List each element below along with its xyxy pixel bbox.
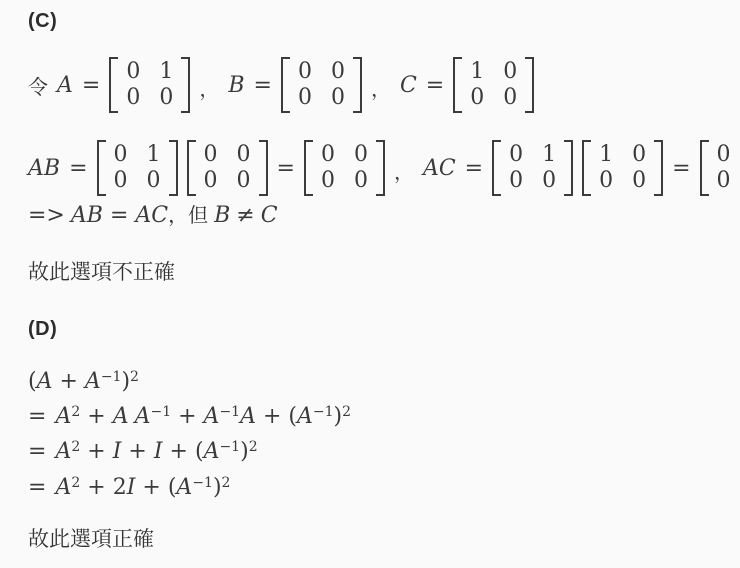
left-paren: ( — [288, 404, 297, 429]
exponent-2: 2 — [71, 404, 80, 420]
var-A: A — [55, 404, 71, 429]
var-A: A — [297, 404, 313, 429]
definition-line: 令A=0100，B=0000，C=1000 — [28, 56, 534, 114]
var-C: C — [400, 73, 417, 98]
expansion-line-3: =A2+I+I+(A−1)2 — [28, 437, 258, 467]
matrix-cell: 0 — [237, 168, 251, 194]
var-A: A — [135, 404, 151, 429]
equals-sign: = — [426, 73, 444, 98]
let-word: 令 — [28, 71, 48, 100]
plus-sign: + — [87, 404, 105, 429]
matrix-cell: 0 — [204, 168, 218, 194]
matrix-cell: 0 — [599, 168, 613, 194]
var-A: A — [55, 475, 71, 500]
var-I: I — [154, 439, 163, 464]
matrix-cell: 0 — [632, 168, 646, 194]
exponent-minus1: −1 — [101, 369, 122, 385]
bracket-left-icon — [492, 140, 501, 196]
plus-sign: + — [178, 404, 196, 429]
matrix-cell: 0 — [503, 59, 517, 85]
products-line: AB=01000000=0000，AC=01001000=0000 — [28, 139, 740, 197]
left-paren: ( — [28, 369, 37, 394]
matrix-B: 0000 — [281, 57, 362, 113]
bracket-left-icon — [700, 140, 709, 196]
var-A: A — [204, 404, 220, 429]
plus-sign: + — [263, 404, 281, 429]
plus-sign: + — [59, 369, 77, 394]
plus-sign: + — [128, 439, 146, 464]
matrix-cell: 0 — [509, 142, 523, 168]
expansion-line-2: =A2+AA−1+A−1A+(A−1)2 — [28, 402, 351, 432]
exponent-minus1: −1 — [219, 439, 240, 455]
matrix-cell: 0 — [503, 85, 517, 111]
equals-sign: = — [28, 439, 46, 464]
section-c-heading: (C) — [28, 8, 57, 34]
bracket-left-icon — [187, 140, 196, 196]
var-A: A — [176, 475, 192, 500]
coefficient-2: 2 — [113, 475, 127, 500]
bracket-right-icon — [181, 57, 190, 113]
right-paren: ) — [213, 475, 222, 500]
bracket-right-icon — [654, 140, 663, 196]
left-paren: ( — [195, 439, 204, 464]
comma-but-word: ，但 — [168, 205, 208, 227]
matrix-cell: 0 — [331, 85, 345, 111]
equals-sign: = — [28, 404, 46, 429]
bracket-right-icon — [376, 140, 385, 196]
bracket-left-icon — [453, 57, 462, 113]
equals-sign: = — [28, 475, 46, 500]
matrix-C: 1000 — [453, 57, 534, 113]
var-I: I — [113, 439, 122, 464]
plus-sign: + — [142, 475, 160, 500]
var-A: A — [37, 369, 53, 394]
equals-sign: = — [69, 156, 87, 181]
equals-sign: = — [277, 156, 295, 181]
var-I: I — [127, 475, 136, 500]
var-A: A — [240, 404, 256, 429]
bracket-left-icon — [304, 140, 313, 196]
exponent-2: 2 — [130, 369, 139, 385]
exponent-2: 2 — [249, 439, 258, 455]
right-paren: ) — [334, 404, 343, 429]
equals-sign: = — [465, 156, 483, 181]
matrix-cell: 1 — [470, 59, 484, 85]
var-B: B — [228, 73, 244, 98]
var-AB: AB — [28, 156, 60, 181]
conclusion-c: 故此選項不正確 — [28, 259, 175, 287]
matrix-cell: 0 — [321, 142, 335, 168]
matrix-cell: 0 — [126, 59, 140, 85]
expansion-line-4: =A2+2I+(A−1)2 — [28, 473, 230, 503]
bracket-left-icon — [281, 57, 290, 113]
equals-sign: = — [82, 73, 100, 98]
section-d-heading: (D) — [28, 316, 57, 342]
plus-sign: + — [87, 439, 105, 464]
matrix-cell: 0 — [542, 168, 556, 194]
matrix-cell: 0 — [298, 59, 312, 85]
bracket-left-icon — [109, 57, 118, 113]
matrix-cell: 0 — [717, 168, 731, 194]
exponent-2: 2 — [71, 475, 80, 491]
not-equal-sign: ≠ — [236, 203, 254, 228]
bracket-left-icon — [97, 140, 106, 196]
matrix-cell: 1 — [542, 142, 556, 168]
matrix-cell: 0 — [470, 85, 484, 111]
exponent-minus1: −1 — [192, 475, 213, 491]
var-A: A — [113, 404, 129, 429]
var-A: A — [57, 73, 73, 98]
bracket-right-icon — [259, 140, 268, 196]
matrix-A: 0100 — [109, 57, 190, 113]
conclusion-d: 故此選項正確 — [28, 526, 154, 554]
var-A: A — [55, 439, 71, 464]
implication-line: =>AB=AC，但B≠C — [28, 201, 278, 231]
var-A: A — [204, 439, 220, 464]
equals-sign: = — [110, 203, 128, 228]
plus-sign: + — [87, 475, 105, 500]
matrix-cell: 1 — [599, 142, 613, 168]
equals-sign: = — [672, 156, 690, 181]
matrix-cell: 0 — [354, 142, 368, 168]
matrix-cell: 0 — [126, 85, 140, 111]
var-B: B — [214, 203, 230, 228]
matrix-ac-factor1: 0100 — [492, 140, 573, 196]
exponent-minus1: −1 — [219, 404, 240, 420]
right-paren: ) — [121, 369, 130, 394]
bracket-right-icon — [564, 140, 573, 196]
bracket-left-icon — [582, 140, 591, 196]
matrix-ac-result: 0000 — [700, 140, 740, 196]
exponent-2: 2 — [71, 439, 80, 455]
exponent-minus1: −1 — [150, 404, 171, 420]
matrix-cell: 0 — [632, 142, 646, 168]
matrix-cell: 0 — [321, 168, 335, 194]
right-paren: ) — [240, 439, 249, 464]
bracket-right-icon — [353, 57, 362, 113]
matrix-cell: 0 — [717, 142, 731, 168]
matrix-ac-factor2: 1000 — [582, 140, 663, 196]
matrix-cell: 0 — [114, 168, 128, 194]
exponent-2: 2 — [342, 404, 351, 420]
matrix-cell: 1 — [147, 142, 161, 168]
matrix-cell: 0 — [159, 85, 173, 111]
exponent-minus1: −1 — [313, 404, 334, 420]
matrix-cell: 0 — [509, 168, 523, 194]
equals-sign: = — [254, 73, 272, 98]
comma: ， — [371, 73, 391, 102]
matrix-cell: 0 — [331, 59, 345, 85]
implies-arrow: => — [28, 203, 65, 228]
expansion-line-1: (A+A−1)2 — [28, 367, 139, 397]
bracket-right-icon — [525, 57, 534, 113]
comma: ， — [199, 73, 219, 102]
matrix-cell: 0 — [237, 142, 251, 168]
var-AC: AC — [135, 203, 168, 228]
var-AB: AB — [71, 203, 103, 228]
matrix-cell: 0 — [354, 168, 368, 194]
matrix-cell: 0 — [298, 85, 312, 111]
matrix-ab-factor2: 0000 — [187, 140, 268, 196]
plus-sign: + — [170, 439, 188, 464]
matrix-cell: 0 — [114, 142, 128, 168]
bracket-right-icon — [169, 140, 178, 196]
matrix-cell: 0 — [204, 142, 218, 168]
matrix-ab-result: 0000 — [304, 140, 385, 196]
var-A: A — [85, 369, 101, 394]
comma: ， — [394, 156, 414, 185]
var-AC: AC — [423, 156, 456, 181]
var-C: C — [261, 203, 278, 228]
matrix-cell: 0 — [147, 168, 161, 194]
matrix-cell: 1 — [159, 59, 173, 85]
matrix-ab-factor1: 0100 — [97, 140, 178, 196]
exponent-2: 2 — [222, 475, 231, 491]
solution-document: (C) 令A=0100，B=0000，C=1000 AB=01000000=00… — [0, 0, 740, 568]
